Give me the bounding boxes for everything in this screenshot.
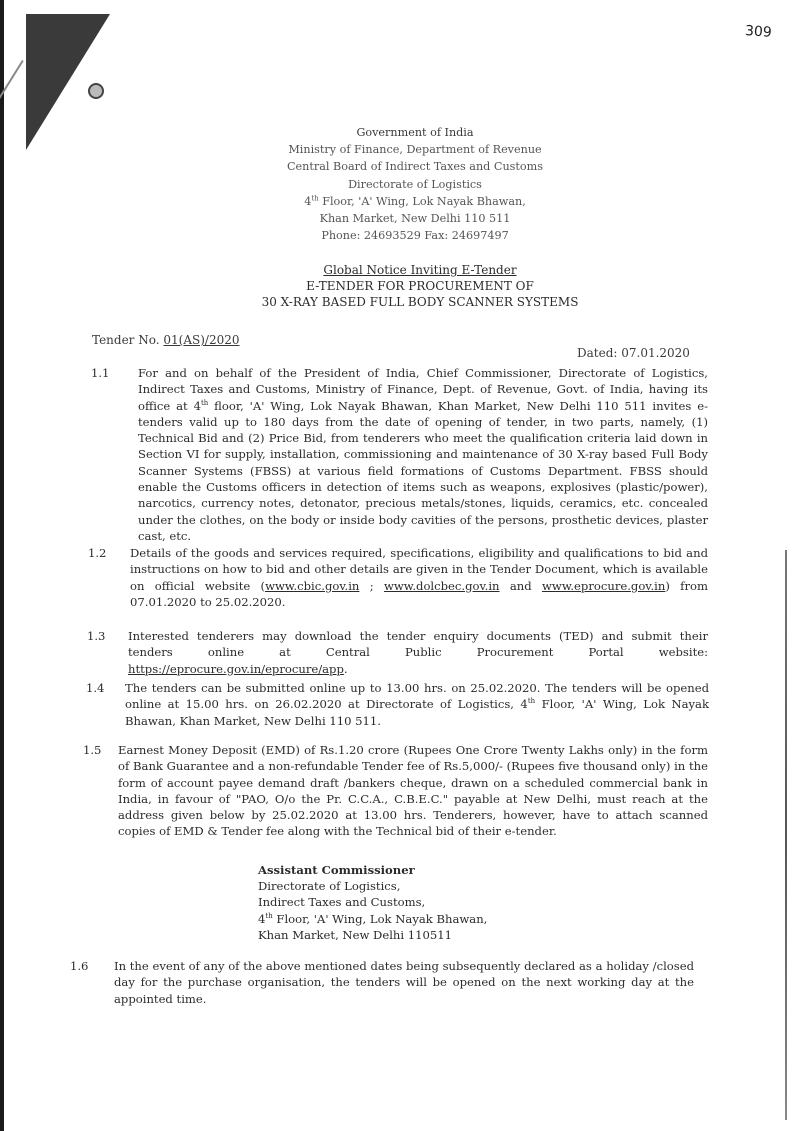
letterhead-line: 4th Floor, 'A' Wing, Lok Nayak Bhawan, [200,193,630,210]
paragraph-text: For and on behalf of the President of In… [138,365,708,544]
paragraph-number: 1.2 [88,545,118,561]
notice-subtitle: 30 X-RAY BASED FULL BODY SCANNER SYSTEMS [180,294,660,310]
link-eprocure-app[interactable]: https://eprocure.gov.in/eprocure/app [128,662,344,676]
link-cbic[interactable]: www.cbic.gov.in [265,579,359,593]
paragraph-text: Earnest Money Deposit (EMD) of Rs.1.20 c… [118,742,708,840]
letterhead-line: Directorate of Logistics [200,176,630,193]
scan-right-edge [785,550,787,1120]
tender-number: Tender No. 01(AS)/2020 [92,333,240,347]
link-dolcbec[interactable]: www.dolcbec.gov.in [384,579,500,593]
submission-address: Assistant Commissioner Directorate of Lo… [258,862,487,943]
paragraph-text: Interested tenderers may download the te… [128,628,708,677]
notice-heading: Global Notice Inviting E-Tender [180,262,660,278]
letterhead-line: Government of India [200,124,630,141]
paragraph-number: 1.4 [86,680,116,696]
address-line: Indirect Taxes and Customs, [258,894,487,910]
letterhead-line: Phone: 24693529 Fax: 24697497 [200,227,630,244]
paragraph-text: The tenders can be submitted online up t… [125,680,709,729]
folded-corner-shadow [26,14,110,150]
tender-number-value: 01(AS)/2020 [163,333,239,347]
scan-left-edge [0,0,4,1131]
notice-subtitle: E-TENDER FOR PROCUREMENT OF [180,278,660,294]
handwritten-page-number: 309 [744,23,772,41]
address-line: 4th Floor, 'A' Wing, Lok Nayak Bhawan, [258,911,487,927]
address-line: Khan Market, New Delhi 110511 [258,927,487,943]
notice-title-block: Global Notice Inviting E-Tender E-TENDER… [180,262,660,310]
paragraph-number: 1.5 [83,742,113,758]
paragraph-number: 1.6 [70,958,100,974]
address-line: Directorate of Logistics, [258,878,487,894]
tender-date: Dated: 07.01.2020 [577,346,690,360]
link-eprocure[interactable]: www.eprocure.gov.in [542,579,665,593]
letterhead: Government of India Ministry of Finance,… [200,124,630,244]
letterhead-line: Central Board of Indirect Taxes and Cust… [200,158,630,175]
paragraph-number: 1.3 [87,628,117,644]
address-title: Assistant Commissioner [258,862,487,878]
letterhead-line: Khan Market, New Delhi 110 511 [200,210,630,227]
paragraph-text: In the event of any of the above mention… [114,958,694,1007]
paragraph-number: 1.1 [91,365,121,381]
letterhead-line: Ministry of Finance, Department of Reven… [200,141,630,158]
paragraph-text: Details of the goods and services requir… [130,545,708,610]
punch-hole-icon [88,83,104,99]
